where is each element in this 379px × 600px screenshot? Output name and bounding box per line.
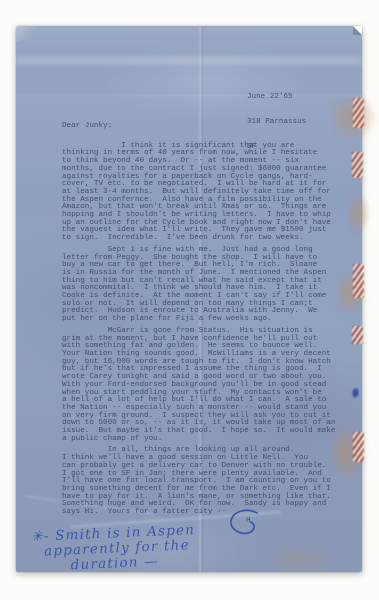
paragraph-2: Sept 1 is fine with me. Just had a good … [62, 247, 358, 324]
crease [16, 56, 362, 65]
crease [16, 92, 362, 96]
scanned-letter: June 22'65 318 Parnassus SF Dear Junky: … [0, 0, 379, 600]
paragraph-3: McGarr is gone from Status. His situatio… [62, 328, 358, 444]
stain [264, 544, 339, 574]
date-line: June 22'65 [247, 93, 306, 101]
handwritten-note: ✳- Smith is in Aspen apparently for the … [31, 520, 263, 575]
paragraph-1: I think it is significant that you are t… [62, 143, 358, 243]
letter-body: Dear Junky: I think it is significant th… [62, 123, 358, 521]
corner-fold [16, 26, 38, 42]
salutation: Dear Junky: [62, 123, 358, 131]
paragraph-4: In all, things are looking up all around… [62, 447, 358, 516]
corner-fold [353, 26, 362, 35]
letter-paper: June 22'65 318 Parnassus SF Dear Junky: … [16, 26, 362, 572]
